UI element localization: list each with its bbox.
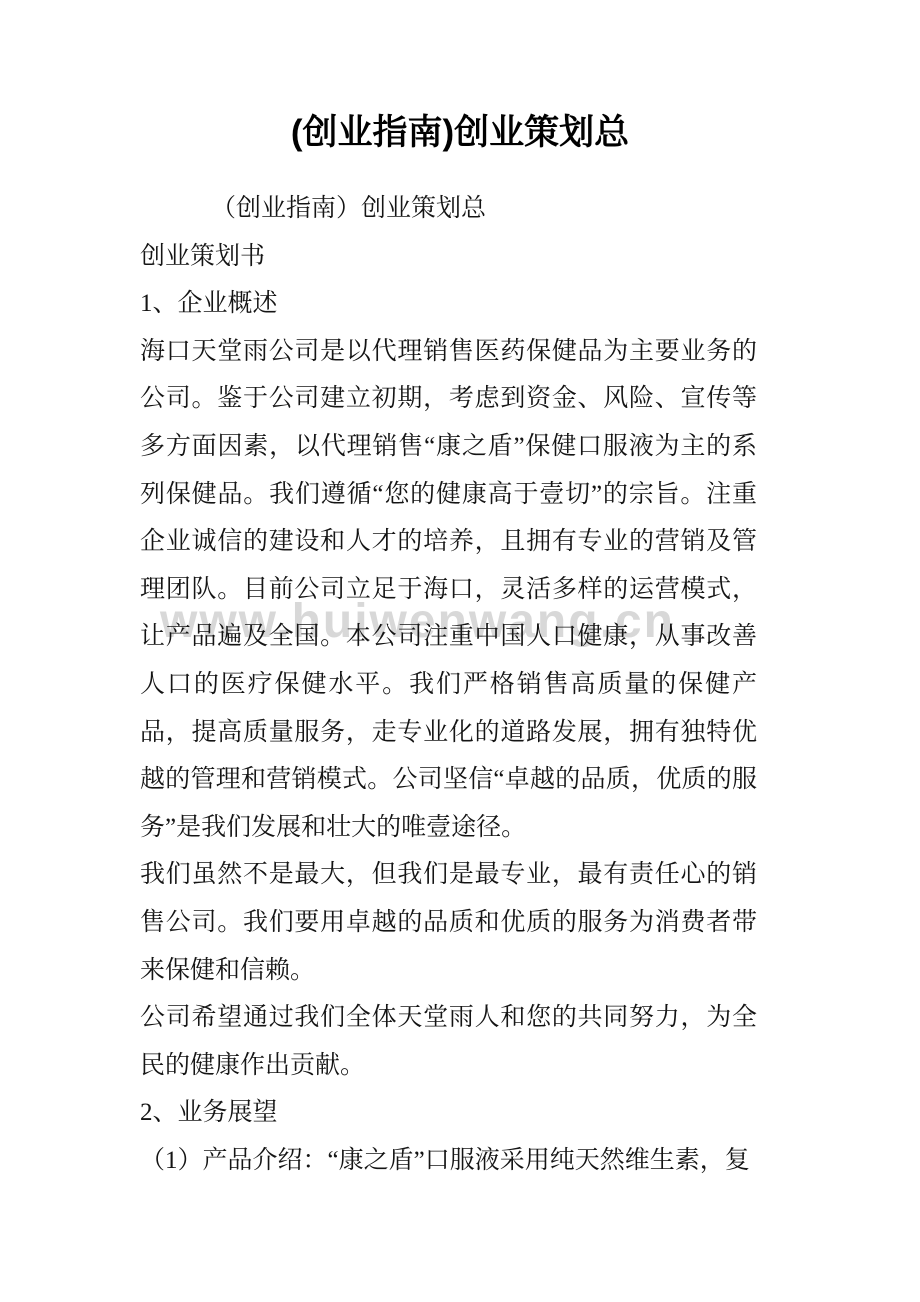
document-body: （创业指南）创业策划总 创业策划书 1、企业概述 海口天堂雨公司是以代理销售医药…: [140, 185, 757, 1184]
section-1-heading: 1、企业概述: [140, 280, 757, 328]
body-paragraph: （1）产品介绍：“康之盾”口服液采用纯天然维生素，复: [140, 1137, 757, 1185]
body-paragraph: 海口天堂雨公司是以代理销售医药保健品为主要业务的公司。鉴于公司建立初期，考虑到资…: [140, 328, 757, 852]
body-paragraph: 公司希望通过我们全体天堂雨人和您的共同努力，为全民的健康作出贡献。: [140, 994, 757, 1089]
subtitle-paragraph: （创业指南）创业策划总: [140, 185, 757, 233]
section-2-heading: 2、业务展望: [140, 1089, 757, 1137]
document-title: (创业指南)创业策划总: [0, 110, 920, 156]
heading-paragraph: 创业策划书: [140, 233, 757, 281]
body-paragraph: 我们虽然不是最大，但我们是最专业，最有责任心的销售公司。我们要用卓越的品质和优质…: [140, 851, 757, 994]
document-page: www.huiwenwang.cn (创业指南)创业策划总 （创业指南）创业策划…: [0, 0, 920, 1302]
